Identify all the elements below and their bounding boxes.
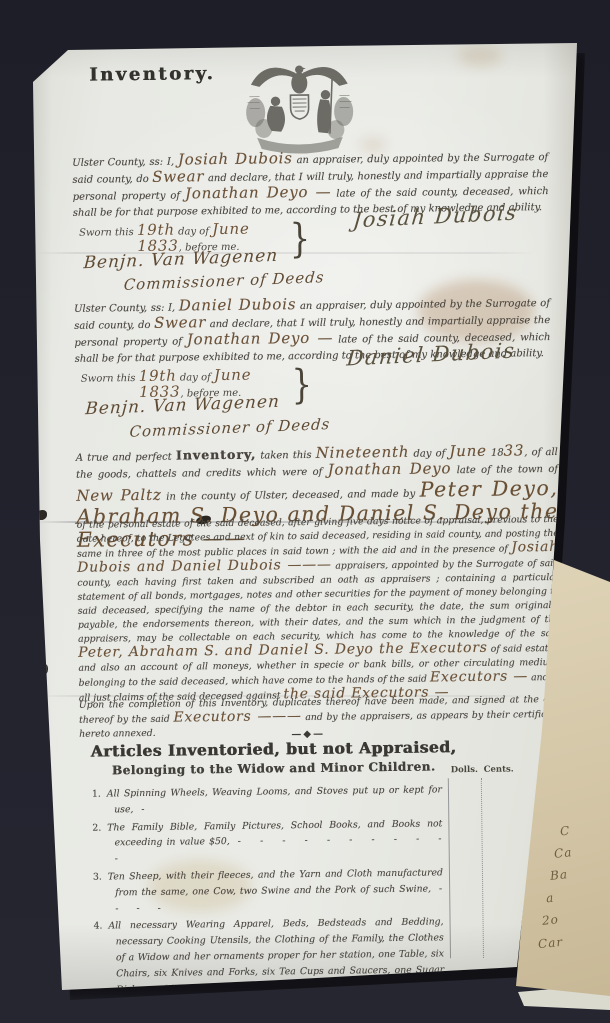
handwriting-fragment: C [559,824,571,839]
cents-column-header: Cents. [484,764,514,774]
handwritten-text: Swear [154,313,206,332]
handwritten-text: Executors ——— [173,708,301,726]
printed-text: taken this [256,450,316,462]
printed-text: Sworn this [79,227,137,239]
handwritten-text: June [449,442,487,460]
item-number: 3. [93,871,108,882]
dollars-column-header: Dolls. [451,765,478,775]
handwritten-text: 33 [504,441,525,459]
item-number: 2. [92,822,107,833]
closing-brace: } [291,362,312,408]
printed-text: day of [175,226,212,237]
document-title: Inventory. [89,63,215,86]
dollars-column-rule [448,778,451,958]
handwritten-text: Swear [152,167,204,186]
photo-stage: C Ca Ba a 2o Car Inventory. [0,0,610,1023]
handwritten-text: Josiah Dubois [178,149,293,168]
handwritten-text: Executors — [430,669,528,686]
inventory-document: Inventory. [30,40,582,990]
inventory-item: 2.The Family Bible, Family Pictures, Sch… [84,816,443,868]
handwritten-text: June [214,366,252,384]
sworn-date-line: Sworn this 19th day of June [79,222,319,239]
handwritten-text: New Paltz [76,486,162,505]
handwritten-text: Jonathan Deyo — [185,183,332,203]
printed-text: day of [409,448,449,459]
printed-text: 18 [487,448,504,459]
handwriting-fragment: Ca [553,845,573,861]
printed-text: Inventory, [176,447,257,463]
printed-text: of the personal estate of the said decea… [77,514,559,560]
handwriting-fragment: Ba [549,867,568,883]
item-text: All Spinning Wheels, Weaving Looms, and … [107,784,442,815]
printed-text: Sworn this [81,373,139,385]
item-text: Ten Sheep, with their fleeces, and the Y… [108,867,443,898]
handwriting-fragment: 2o [541,912,559,928]
printed-text: day of [177,372,214,383]
printed-text: A true and perfect [76,452,176,464]
appraisal-details-paragraph: of the personal estate of the said decea… [77,513,561,706]
handwritten-text: Jonathan Deyo [328,459,452,479]
dot-leaders: - [133,804,145,815]
inventory-item: 3.Ten Sheep, with their fleeces, and the… [85,865,444,917]
articles-subheading: Belonging to the Widow and Minor Childre… [74,759,474,778]
handwriting-fragment: a [545,891,555,906]
articles-heading: Articles Inventoried, but not Appraised, [73,737,473,761]
document-content: Inventory. [25,37,589,994]
closing-brace: } [289,216,310,262]
commissioner-title: Commissioner of Deeds [129,415,331,441]
handwritten-text: Jonathan Deyo — [187,329,334,349]
sworn-date-line: Sworn this 19th day of June [81,368,321,385]
handwriting-fragment: Car [537,935,563,952]
inventory-item: 1.All Spinning Wheels, Weaving Looms, an… [84,782,442,818]
printed-text: late of the town of [451,464,558,476]
inventory-item: 4.All necessary Wearing Apparel, Beds, B… [86,915,445,1014]
item-number: 4. [94,921,109,932]
item-number: 1. [92,788,107,799]
handwritten-text: Daniel Dubois [179,295,297,314]
cents-column-rule [481,778,484,958]
handwritten-text: June [212,220,250,238]
commissioner-title: Commissioner of Deeds [123,268,325,294]
